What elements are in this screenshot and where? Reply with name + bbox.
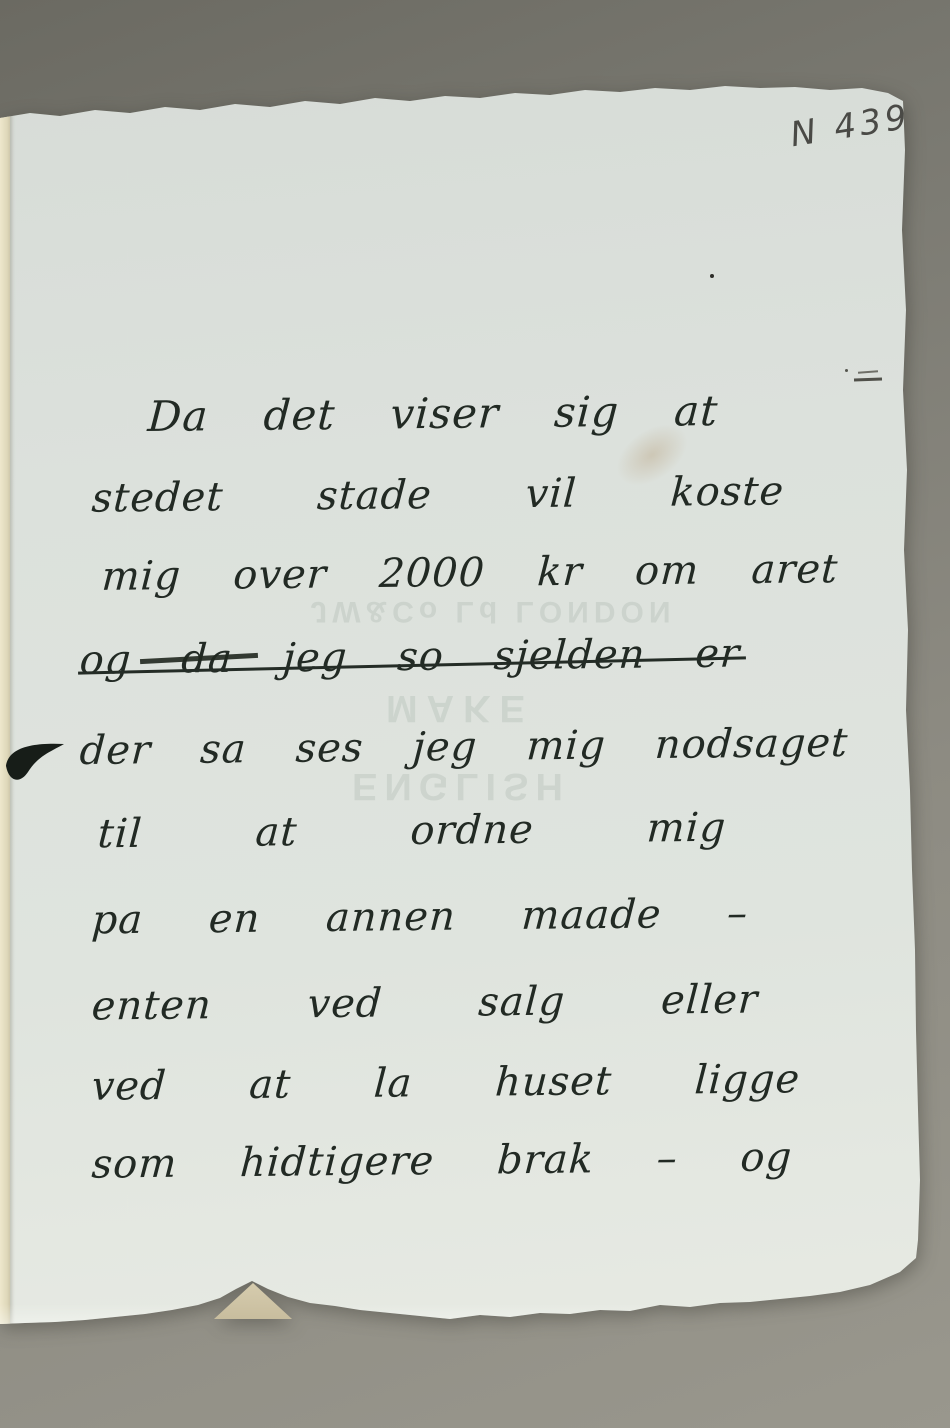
handwriting-line-1: Da det viser sig at: [146, 385, 720, 443]
ink-blot: [4, 732, 68, 788]
handwriting-line-3: mig over 2000 kr om aret: [100, 544, 839, 602]
handwriting-line-2: stedet stade vil koste: [90, 466, 785, 523]
handwriting-line-8: enten ved salg eller: [90, 975, 759, 1032]
photo-background: JW&Co Ld LONDON MAKE ENGLISH N 439 Da de…: [0, 0, 950, 1428]
paper-sheet: JW&Co Ld LONDON MAKE ENGLISH N 439 Da de…: [0, 0, 925, 1330]
handwriting-line-7: pa en annen maade –: [90, 889, 749, 946]
manuscript-page: JW&Co Ld LONDON MAKE ENGLISH N 439 Da de…: [0, 0, 950, 1428]
pencil-dash: [858, 370, 878, 373]
binding-stub: [0, 110, 10, 1328]
handwriting-line-9: ved at la huset ligge: [90, 1054, 801, 1111]
handwriting-line-10: som hidtigere brak – og: [90, 1132, 793, 1189]
ink-speck: [710, 274, 714, 278]
handwriting-line-5: der sa ses jeg mig nodsaget: [78, 718, 849, 776]
catalog-number: N 439: [788, 97, 914, 155]
pencil-dash: [854, 378, 882, 382]
pencil-speck: [845, 369, 848, 372]
handwriting-line-6: til at ordne mig: [96, 803, 727, 860]
